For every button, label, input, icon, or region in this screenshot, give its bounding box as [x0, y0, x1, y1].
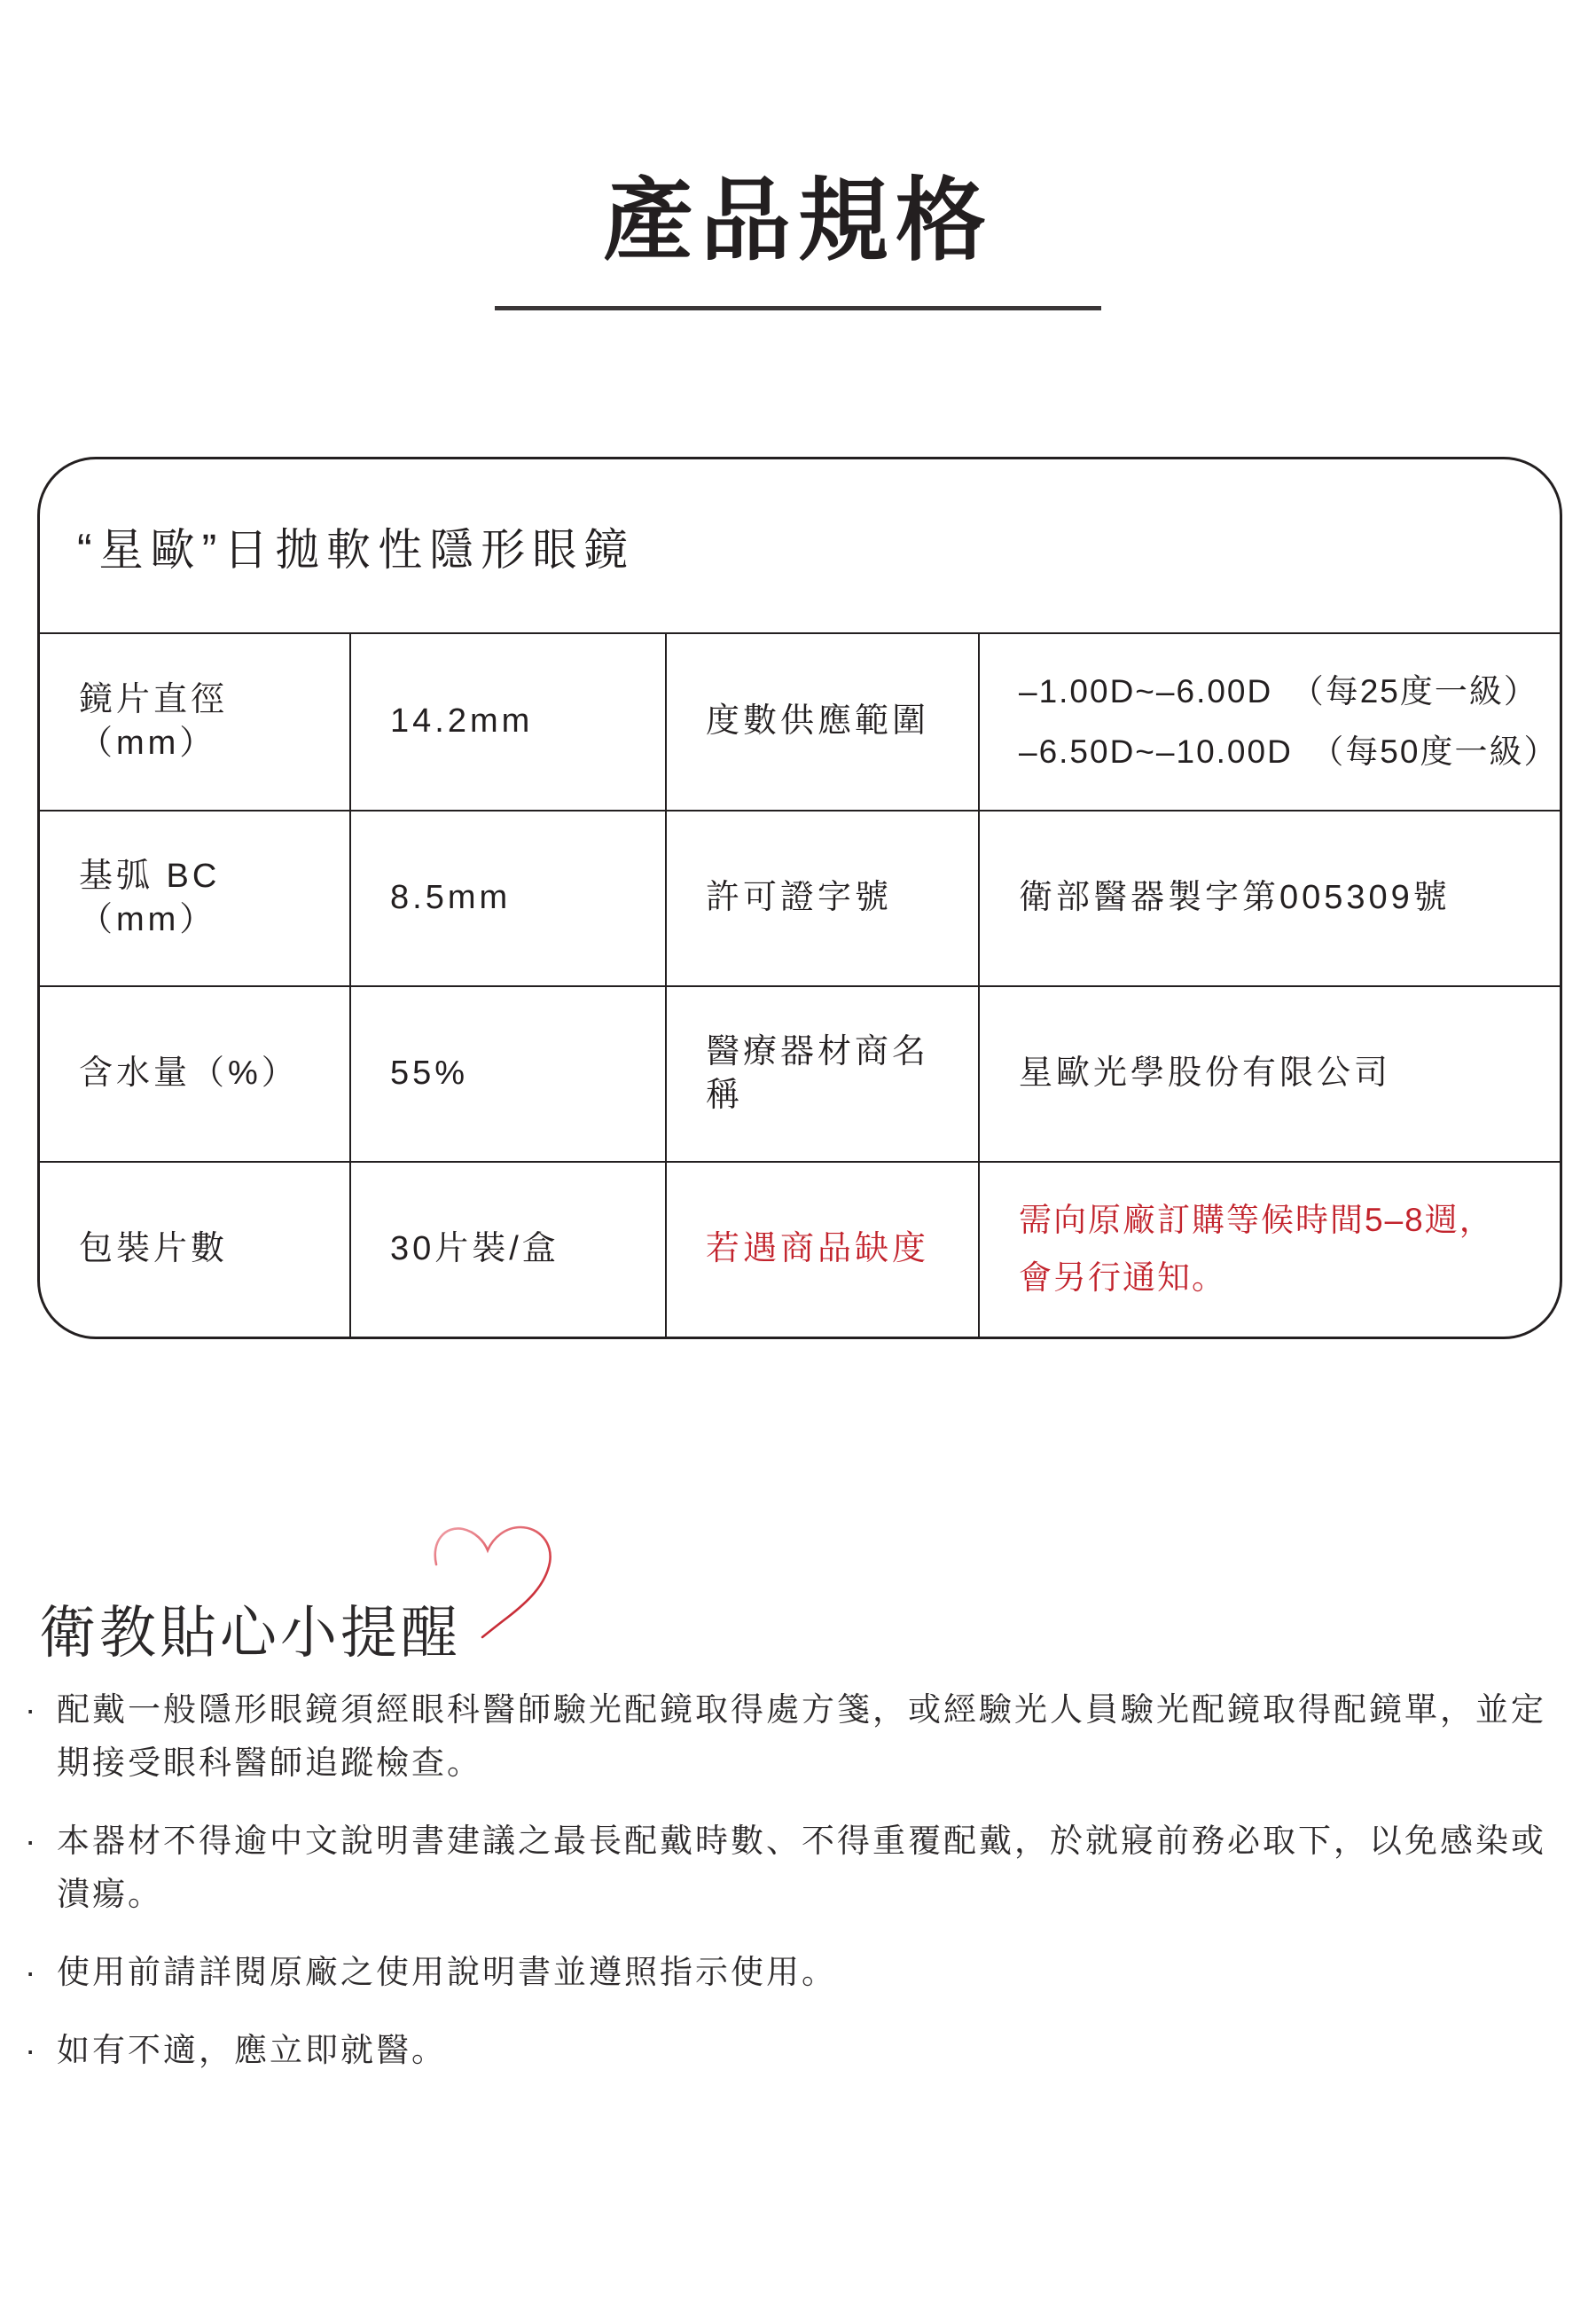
spec-grid: 鏡片直徑（mm） 14.2mm 度數供應範圍 –1.00D~–6.00D （每2… — [40, 634, 1560, 1337]
spec-value-license: 衛部醫器製字第005309號 — [978, 810, 1560, 985]
page-title: 產品規格 — [0, 149, 1596, 278]
reminder-item: · 使用前請詳閱原廠之使用說明書並遵照指示使用。 — [25, 1946, 1574, 1999]
bullet-dot: · — [25, 1683, 57, 1737]
spec-label-power-range: 度數供應範圍 — [665, 634, 978, 810]
spec-value-power-range: –1.00D~–6.00D （每25度一級） –6.50D~–10.00D （每… — [978, 634, 1560, 810]
reminder-heading: 衛教貼心小提醒 — [39, 1588, 461, 1669]
title-underline — [495, 306, 1101, 310]
power-range-line-1: –1.00D~–6.00D （每25度一級） — [1019, 662, 1544, 722]
spec-label-base-curve: 基弧 BC（mm） — [40, 810, 349, 985]
spec-label-pack-count: 包裝片數 — [40, 1161, 349, 1337]
spec-label-license: 許可證字號 — [665, 810, 978, 985]
spec-value-pack-count: 30片裝/盒 — [349, 1161, 665, 1337]
spec-label-manufacturer: 醫療器材商名稱 — [665, 985, 978, 1161]
spec-label-diameter: 鏡片直徑（mm） — [40, 634, 349, 810]
reminder-text: 配戴一般隱形眼鏡須經眼科醫師驗光配鏡取得處方箋，或經驗光人員驗光配鏡取得配鏡單，… — [57, 1683, 1574, 1790]
reminder-text: 使用前請詳閱原廠之使用說明書並遵照指示使用。 — [57, 1946, 1574, 1999]
spec-label-water-content: 含水量（%） — [40, 985, 349, 1161]
reminder-text: 如有不適，應立即就醫。 — [57, 2024, 1574, 2077]
spec-label-shortage-notice: 若遇商品缺度 — [665, 1161, 978, 1337]
reminder-list: · 配戴一般隱形眼鏡須經眼科醫師驗光配鏡取得處方箋，或經驗光人員驗光配鏡取得配鏡… — [25, 1683, 1574, 2077]
spec-value-water-content: 55% — [349, 985, 665, 1161]
spec-value-manufacturer: 星歐光學股份有限公司 — [978, 985, 1560, 1161]
bullet-dot: · — [25, 2024, 57, 2077]
power-range-line-2: –6.50D~–10.00D （每50度一級） — [1019, 722, 1544, 782]
spec-value-base-curve: 8.5mm — [349, 810, 665, 985]
product-name: “星歐”日拋軟性隱形眼鏡 — [40, 459, 1560, 634]
reminder-item: · 本器材不得逾中文說明書建議之最長配戴時數、不得重覆配戴，於就寢前務必取下，以… — [25, 1815, 1574, 1921]
shortage-notice-line-2: 會另行通知。 — [1019, 1250, 1544, 1307]
bullet-dot: · — [25, 1946, 57, 1999]
reminder-text: 本器材不得逾中文說明書建議之最長配戴時數、不得重覆配戴，於就寢前務必取下，以免感… — [57, 1815, 1574, 1921]
spec-value-diameter: 14.2mm — [349, 634, 665, 810]
reminder-item: · 如有不適，應立即就醫。 — [25, 2024, 1574, 2077]
heart-icon — [429, 1518, 562, 1643]
spec-value-shortage-notice: 需向原廠訂購等候時間5–8週， 會另行通知。 — [978, 1161, 1560, 1337]
reminder-item: · 配戴一般隱形眼鏡須經眼科醫師驗光配鏡取得處方箋，或經驗光人員驗光配鏡取得配鏡… — [25, 1683, 1574, 1790]
bullet-dot: · — [25, 1815, 57, 1868]
shortage-notice-line-1: 需向原廠訂購等候時間5–8週， — [1019, 1192, 1544, 1250]
spec-table: “星歐”日拋軟性隱形眼鏡 鏡片直徑（mm） 14.2mm 度數供應範圍 –1.0… — [37, 457, 1562, 1339]
